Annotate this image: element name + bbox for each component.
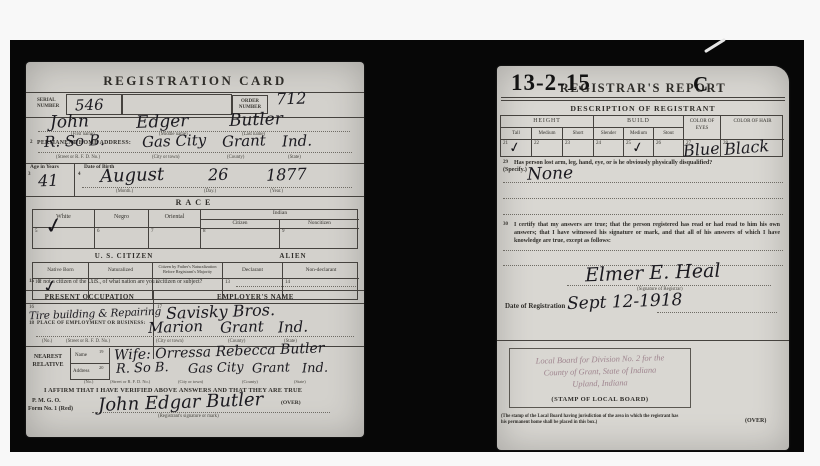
address-county: Grant xyxy=(222,131,266,151)
q29-specify-label: (Specify.) xyxy=(503,167,527,173)
nearest-relative-label: NEAREST RELATIVE xyxy=(26,354,70,370)
address-row: 2 PERMANENT HOME ADDRESS: R. So B. Gas C… xyxy=(26,138,364,164)
q29-line-3 xyxy=(503,214,783,215)
color-of-eyes-header: COLOR OF EYES xyxy=(684,116,721,140)
height-cell-22: 22 xyxy=(532,140,563,157)
relative-county-sublabel: (County) xyxy=(242,379,258,384)
relative-state: Ind. xyxy=(302,361,328,377)
height-col-short: Short xyxy=(563,128,594,140)
citizen-col-declarant: Declarant xyxy=(223,263,283,279)
registrant-signature-sublabel: (Registrant's signature or mark) xyxy=(158,414,219,419)
employment-line xyxy=(36,336,354,337)
race-table: White Negro Oriental Indian Citizen Nonc… xyxy=(32,209,358,249)
height-col-medium: Medium xyxy=(532,128,563,140)
build-num-26: 26 xyxy=(656,141,661,146)
pen-slash-mark xyxy=(704,38,726,53)
race-num-5: 5 xyxy=(35,229,38,234)
race-col-negro: Negro xyxy=(95,210,149,228)
alien-header: ALIEN xyxy=(222,252,364,260)
build-cell-24: 24 xyxy=(594,140,624,157)
dob-day-sublabel: (Day.) xyxy=(204,189,216,194)
registration-date-value: Sept 12-1918 xyxy=(567,290,683,314)
height-cell-21: 21 ✓ xyxy=(501,140,532,157)
name-middle: Edger xyxy=(136,111,189,133)
divider xyxy=(497,340,789,341)
dob-month: August xyxy=(100,164,165,187)
stamp-letter: C xyxy=(693,72,708,97)
name-first: John xyxy=(50,111,90,132)
form-org-line: P. M. G. O. xyxy=(32,398,61,404)
citizen-col-father: Citizen by Father's Naturalization Befor… xyxy=(153,263,223,279)
q15-answer-line xyxy=(236,286,356,287)
height-num-22: 22 xyxy=(534,141,539,146)
build-cell-26: 26 xyxy=(654,140,684,157)
q15-number: 15 xyxy=(29,279,34,284)
relative-address-label: Address xyxy=(73,369,89,374)
dob-day: 26 xyxy=(208,165,229,185)
date-line xyxy=(657,312,777,313)
relative-county: Grant xyxy=(252,360,290,376)
registration-date-label: Date of Registration xyxy=(505,302,565,310)
build-cell-25: 25 ✓ xyxy=(624,140,654,157)
q29-number: 29 xyxy=(503,160,508,165)
board-stamp-line-1: Local Board for Division No. 2 for the xyxy=(510,353,690,367)
race-cell-6: 6 xyxy=(95,228,149,249)
registration-card: REGISTRATION CARD SERIAL NUMBER 546 ORDE… xyxy=(26,62,364,437)
form-number-line: Form No. 1 (Red) xyxy=(28,406,73,412)
date-stamp: 13-2-15 xyxy=(511,70,591,96)
race-cell-8: 8 xyxy=(201,228,280,249)
registration-card-title: REGISTRATION CARD xyxy=(26,73,364,89)
build-col-stout: Stout xyxy=(654,128,684,140)
serial-number-label: SERIAL NUMBER xyxy=(37,98,63,109)
address-state-sublabel: (State) xyxy=(288,155,301,160)
employment-field-number: 18 xyxy=(29,321,34,326)
build-header: BUILD xyxy=(594,116,684,128)
q30-line-1 xyxy=(503,250,783,251)
citizen-col-native: Native Born xyxy=(33,263,89,279)
relative-address-box: Address 20 xyxy=(70,364,110,380)
age-label: Age in Years xyxy=(30,164,59,170)
q15-text: If not a citizen of the U. S., of what n… xyxy=(38,279,202,285)
question-15: 15 If not a citizen of the U. S., of wha… xyxy=(26,279,364,289)
registrar-signature: Elmer E. Heal xyxy=(585,260,721,287)
over-label: (OVER) xyxy=(281,400,301,406)
dob-month-sublabel: (Month.) xyxy=(116,189,133,194)
address-state: Ind. xyxy=(282,131,313,150)
address-county-sublabel: (County) xyxy=(227,155,244,160)
eyes-value: Blue xyxy=(682,138,720,160)
race-num-6: 6 xyxy=(97,229,100,234)
over-label: (OVER) xyxy=(745,418,766,424)
employment-label: PLACE OF EMPLOYMENT OR BUSINESS: xyxy=(37,321,146,326)
relative-no-sublabel: (No.) xyxy=(84,379,93,384)
race-num-7: 7 xyxy=(151,229,154,234)
us-citizen-header: U. S. CITIZEN xyxy=(26,252,222,260)
tall-checkmark: ✓ xyxy=(507,139,522,157)
relative-street: R. So B. xyxy=(116,360,169,377)
relative-state-sublabel: (State) xyxy=(294,379,306,384)
registrar-signature-line xyxy=(567,285,771,286)
board-stamp-line-2: County of Grant, State of Indiana xyxy=(510,365,690,379)
race-num-9: 9 xyxy=(282,229,285,234)
race-col-indian-citizen: Citizen xyxy=(201,219,280,228)
employment-city: Marion xyxy=(148,317,204,337)
age-value: 41 xyxy=(38,171,59,191)
divider xyxy=(501,100,785,101)
race-cell-9: 9 xyxy=(280,228,359,249)
employment-state: Ind. xyxy=(278,317,309,336)
relative-city: Gas City xyxy=(188,360,244,377)
relative-address-number: 20 xyxy=(99,365,103,370)
stamp-instruction-note: (The stamp of the Local Board having jur… xyxy=(501,414,679,426)
dob-year-sublabel: (Year.) xyxy=(270,189,283,194)
order-number-value: 712 xyxy=(276,88,307,108)
relative-name-box: Name 19 xyxy=(70,348,110,364)
build-num-24: 24 xyxy=(596,141,601,146)
dob-field-number: 4 xyxy=(78,172,81,177)
address-street: R. So B. xyxy=(44,131,105,151)
divider xyxy=(501,97,785,98)
citizen-col-nondeclarant: Non-declarant xyxy=(283,263,359,279)
present-occupation-header: PRESENT OCCUPATION xyxy=(26,293,153,301)
dob-line xyxy=(82,187,352,188)
stamp-of-local-board-caption: (STAMP OF LOCAL BOARD) xyxy=(510,396,690,403)
citizen-col-naturalized: Naturalized xyxy=(89,263,153,279)
address-field-number: 2 xyxy=(30,140,33,145)
q30-text: I certify that my answers are true; that… xyxy=(514,222,780,245)
build-col-slender: Slender xyxy=(594,128,624,140)
employment-no-sublabel: (No.) xyxy=(42,339,52,344)
local-board-stamp-box: Local Board for Division No. 2 for the C… xyxy=(509,348,691,408)
age-box: 3 Age in Years 41 xyxy=(26,163,75,196)
height-cell-23: 23 xyxy=(563,140,594,157)
registrars-report-card: REGISTRAR'S REPORT 13-2-15 C DESCRIPTION… xyxy=(497,66,789,450)
race-col-oriental: Oriental xyxy=(149,210,201,228)
description-table: HEIGHT BUILD COLOR OF EYES COLOR OF HAIR… xyxy=(500,115,783,157)
registrant-signature-line xyxy=(92,412,330,413)
build-col-medium: Medium xyxy=(624,128,654,140)
scan-page: REGISTRATION CARD SERIAL NUMBER 546 ORDE… xyxy=(0,0,820,466)
age-field-number: 3 xyxy=(28,172,31,177)
employment-street-sublabel: (Street or R. F. D. No.) xyxy=(66,339,110,344)
height-num-23: 23 xyxy=(565,141,570,146)
address-city-sublabel: (City or town) xyxy=(152,155,179,160)
relative-street-sublabel: (Street or R. F. D. No.) xyxy=(110,379,150,384)
q29-line-2 xyxy=(503,198,783,199)
dob-year: 1877 xyxy=(266,164,307,184)
medium-build-checkmark: ✓ xyxy=(630,139,645,157)
occupation-value: Tire building & Repairing xyxy=(29,306,161,323)
q29-line-1 xyxy=(503,182,783,183)
height-header: HEIGHT xyxy=(501,116,594,128)
race-cell-7: 7 xyxy=(149,228,201,249)
address-line xyxy=(38,152,352,153)
relative-name-label: Name xyxy=(75,353,87,358)
race-cell-5: 5 ✓ xyxy=(33,228,95,249)
race-num-8: 8 xyxy=(203,229,206,234)
race-indian-block: Indian Citizen Noncitizen xyxy=(201,210,359,229)
relative-city-sublabel: (City or town) xyxy=(178,379,203,384)
name-last: Butler xyxy=(229,109,284,131)
age-dob-row: 3 Age in Years 41 4 Date of Birth August… xyxy=(26,163,364,197)
board-stamp-line-3: Upland, Indiana xyxy=(510,377,690,391)
description-header: DESCRIPTION OF REGISTRANT xyxy=(497,104,789,113)
height-col-tall: Tall xyxy=(501,128,532,140)
address-street-sublabel: (Street or R. F. D. No.) xyxy=(56,155,100,160)
address-city: Gas City xyxy=(142,131,207,151)
hair-value: Black xyxy=(723,136,770,159)
employment-city-sublabel: (City or town) xyxy=(156,339,183,344)
q30-number: 30 xyxy=(503,222,508,227)
race-header: RACE xyxy=(26,198,364,207)
employment-county: Grant xyxy=(220,317,264,337)
relative-name-number: 19 xyxy=(99,349,103,354)
